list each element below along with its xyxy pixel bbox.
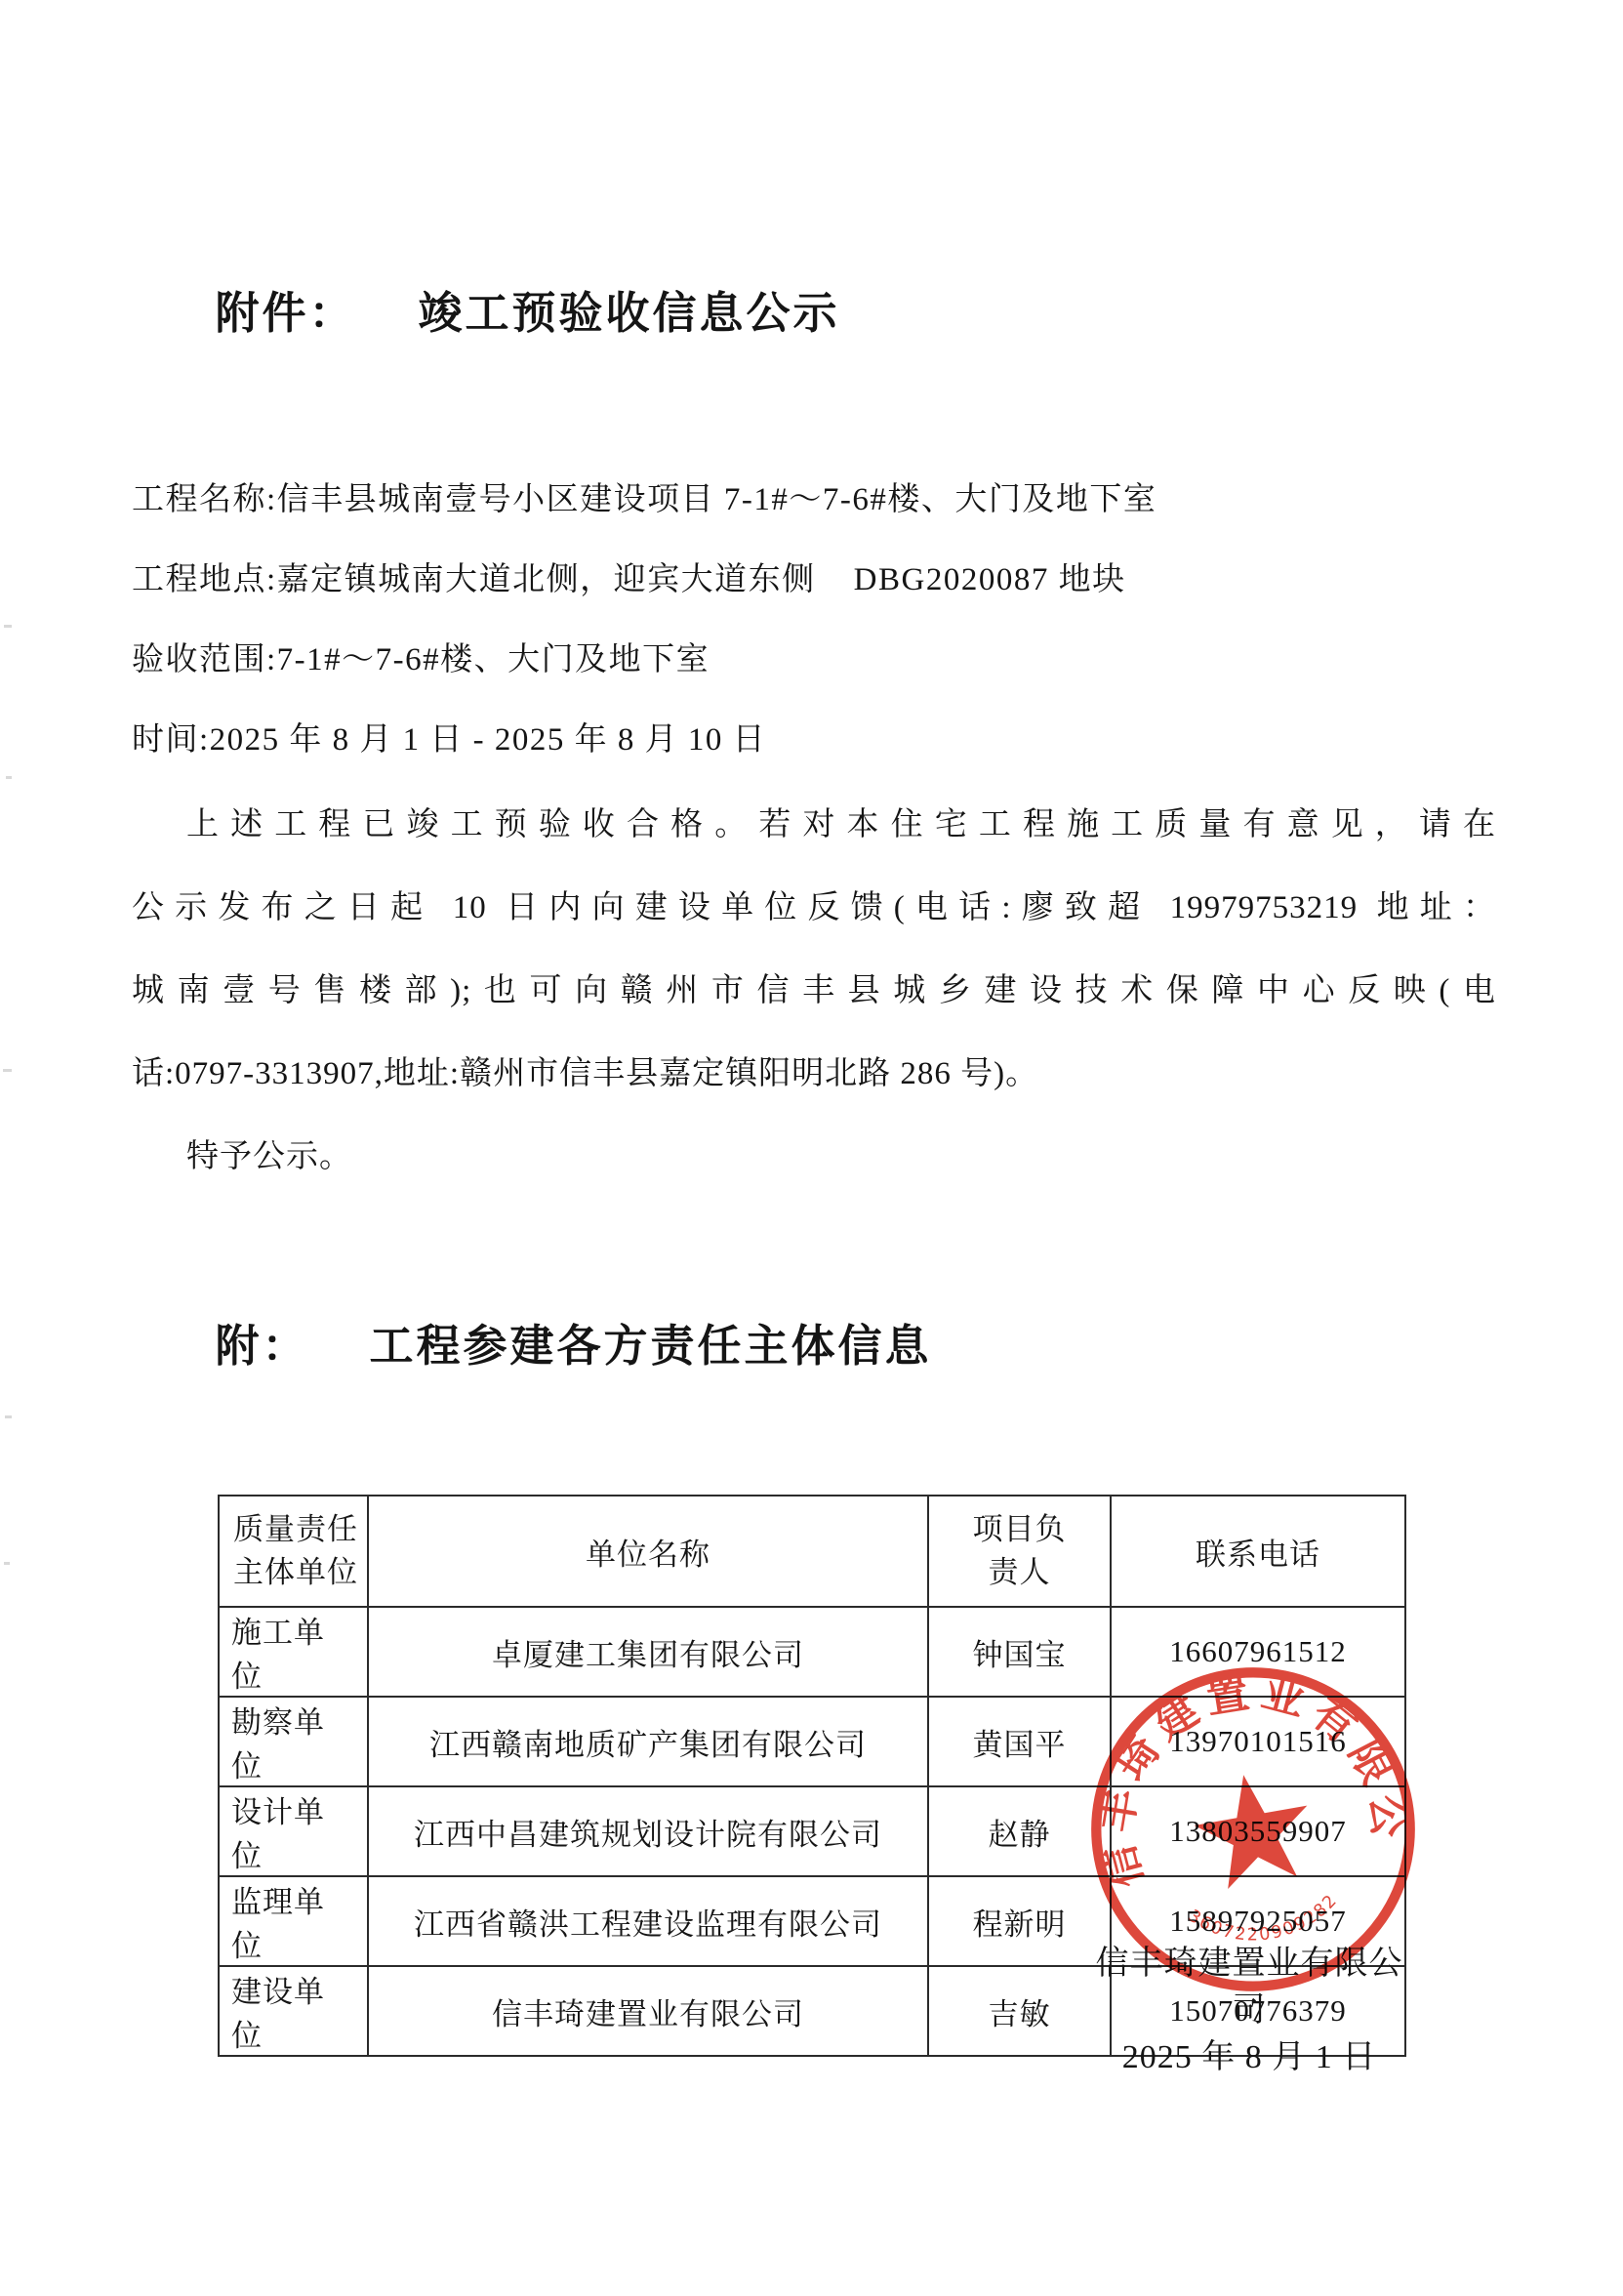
header-quality-entity: 质量责任主体单位 xyxy=(219,1496,368,1607)
phone-cell: 16607961512 xyxy=(1111,1607,1405,1697)
company-cell: 江西赣南地质矿产集团有限公司 xyxy=(368,1697,928,1786)
paragraph-line: 公示发布之日起 10 日内向建设单位反馈(电话:廖致超 19979753219 … xyxy=(132,867,1496,950)
project-name-line: 工程名称:信丰县城南壹号小区建设项目 7-1#～7-6#楼、大门及地下室 xyxy=(132,460,1496,540)
time-range-line: 时间:2025 年 8 月 1 日 - 2025 年 8 月 10 日 xyxy=(132,700,1496,780)
company-cell: 江西中昌建筑规划设计院有限公司 xyxy=(368,1786,928,1876)
document-page: 附件：竣工预验收信息公示 工程名称:信丰县城南壹号小区建设项目 7-1#～7-6… xyxy=(0,0,1623,2296)
project-info-block: 工程名称:信丰县城南壹号小区建设项目 7-1#～7-6#楼、大门及地下室 工程地… xyxy=(132,460,1496,780)
table-row: 勘察单位 江西赣南地质矿产集团有限公司 黄国平 13970101516 xyxy=(219,1697,1405,1786)
company-cell: 江西省赣洪工程建设监理有限公司 xyxy=(368,1876,928,1966)
acceptance-scope-line: 验收范围:7-1#～7-6#楼、大门及地下室 xyxy=(132,620,1496,700)
role-cell: 施工单位 xyxy=(219,1607,368,1697)
attachment-label: 附： xyxy=(216,1322,309,1371)
paragraph-line: 上述工程已竣工预验收合格。若对本住宅工程施工质量有意见，请在 xyxy=(132,784,1496,867)
document-title-row: 附件：竣工预验收信息公示 xyxy=(132,226,1496,391)
person-cell: 钟国宝 xyxy=(928,1607,1111,1697)
role-cell: 勘察单位 xyxy=(219,1697,368,1786)
table-header-row: 质量责任主体单位 单位名称 项目负责人 联系电话 xyxy=(219,1496,1405,1607)
scan-artifact xyxy=(4,625,12,628)
scan-artifact xyxy=(3,1069,12,1072)
page-title: 竣工预验收信息公示 xyxy=(419,289,840,338)
person-cell: 程新明 xyxy=(928,1876,1111,1966)
role-cell: 设计单位 xyxy=(219,1786,368,1876)
attachment-title-row: 附：工程参建各方责任主体信息 xyxy=(132,1259,1496,1424)
person-cell: 黄国平 xyxy=(928,1697,1111,1786)
person-cell: 吉敏 xyxy=(928,1966,1111,2056)
scan-artifact xyxy=(6,776,12,779)
signature-block: 信丰琦建置业有限公司 2025 年 8 月 1 日 xyxy=(1088,1941,1410,2081)
signature-company: 信丰琦建置业有限公司 xyxy=(1088,1941,1410,2034)
person-cell: 赵静 xyxy=(928,1786,1111,1876)
closing-line: 特予公示。 xyxy=(132,1116,1496,1199)
table-row: 施工单位 卓厦建工集团有限公司 钟国宝 16607961512 xyxy=(219,1607,1405,1697)
company-cell: 信丰琦建置业有限公司 xyxy=(368,1966,928,2056)
company-cell: 卓厦建工集团有限公司 xyxy=(368,1607,928,1697)
header-project-leader: 项目负责人 xyxy=(928,1496,1111,1607)
scan-artifact xyxy=(4,1562,10,1565)
role-cell: 监理单位 xyxy=(219,1876,368,1966)
paragraph-line: 话:0797-3313907,地址:赣州市信丰县嘉定镇阳明北路 286 号)。 xyxy=(132,1033,1496,1116)
document-content: 附件：竣工预验收信息公示 工程名称:信丰县城南壹号小区建设项目 7-1#～7-6… xyxy=(132,0,1496,2057)
project-location-line: 工程地点:嘉定镇城南大道北侧，迎宾大道东侧 DBG2020087 地块 xyxy=(132,540,1496,620)
header-contact-phone: 联系电话 xyxy=(1111,1496,1405,1607)
signature-date: 2025 年 8 月 1 日 xyxy=(1088,2034,1410,2081)
attachment-prefix: 附件： xyxy=(216,289,356,338)
phone-cell: 13803559907 xyxy=(1111,1786,1405,1876)
scan-artifact xyxy=(5,1415,12,1418)
phone-cell: 13970101516 xyxy=(1111,1697,1405,1786)
notice-paragraph: 上述工程已竣工预验收合格。若对本住宅工程施工质量有意见，请在 公示发布之日起 1… xyxy=(132,784,1496,1199)
header-company-name: 单位名称 xyxy=(368,1496,928,1607)
table-row: 设计单位 江西中昌建筑规划设计院有限公司 赵静 13803559907 xyxy=(219,1786,1405,1876)
attachment-title: 工程参建各方责任主体信息 xyxy=(370,1322,932,1371)
paragraph-line: 城南壹号售楼部);也可向赣州市信丰县城乡建设技术保障中心反映(电 xyxy=(132,950,1496,1033)
role-cell: 建设单位 xyxy=(219,1966,368,2056)
